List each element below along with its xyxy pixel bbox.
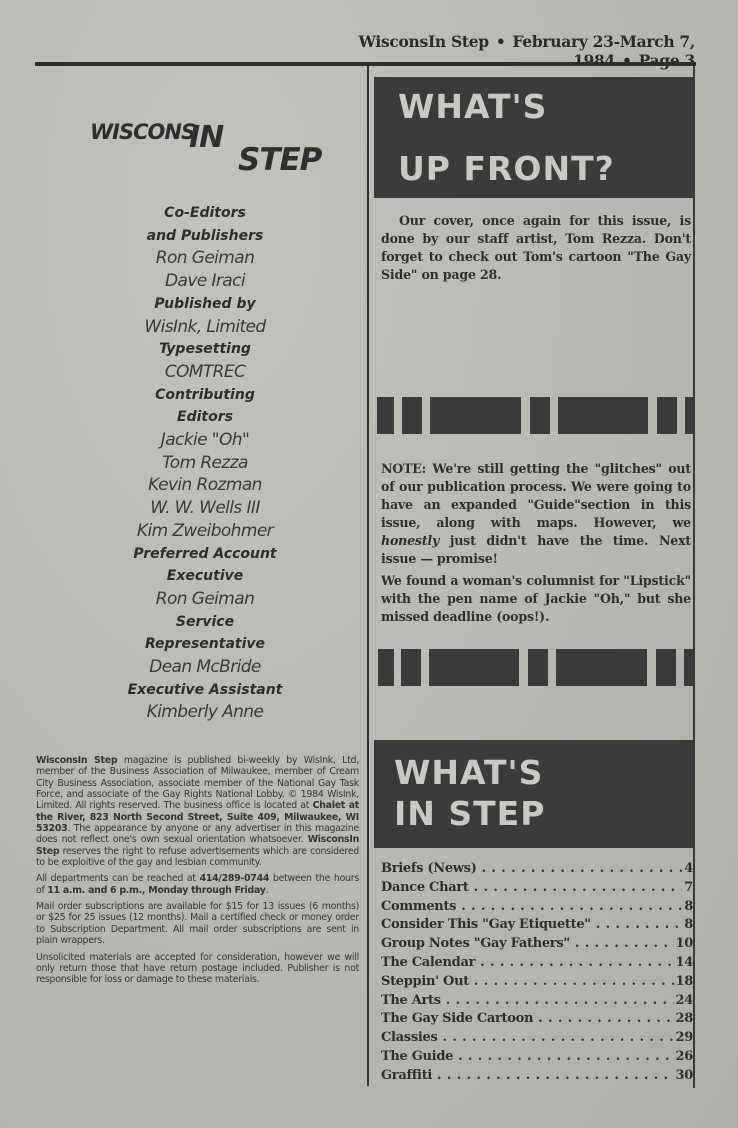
toc-page-number: 24 [676, 992, 694, 1011]
credit-role: Service [80, 611, 330, 634]
whats-in-step-banner: WHAT'S IN STEP [374, 740, 695, 848]
toc-page-number: 10 [676, 935, 694, 954]
bar-block [656, 649, 676, 686]
contact-text: . [266, 885, 269, 896]
toc-entry[interactable]: Briefs (News)4 [381, 860, 693, 879]
credit-name: COMTREC [80, 361, 330, 384]
editors-note: NOTE: We're still getting the "glitches"… [381, 460, 691, 630]
toc-page-number: 29 [676, 1029, 694, 1048]
credit-name: Ron Geiman [80, 588, 330, 611]
credit-role: Executive [80, 565, 330, 588]
pub-text: reserves the right to refuse advertiseme… [36, 846, 359, 868]
toc-title: Consider This "Gay Etiquette" [381, 916, 591, 935]
toc-title: Briefs (News) [381, 860, 477, 879]
note-emphasis: honestly [381, 533, 439, 548]
credit-name: Dean McBride [80, 656, 330, 679]
glitches-note: NOTE: We're still getting the "glitches"… [381, 460, 691, 568]
bar-block [378, 649, 394, 686]
toc-entry[interactable]: Steppin' Out18 [381, 973, 693, 992]
dot-leader [437, 1067, 673, 1086]
logo-step: STEP [238, 142, 321, 178]
cover-note: Our cover, once again for this issue, is… [381, 212, 691, 284]
credit-name: Jackie "Oh" [80, 429, 330, 452]
toc-page-number: 14 [676, 954, 694, 973]
credit-role: Co-Editors [80, 202, 330, 225]
bar-block [685, 397, 695, 434]
credit-name: Kim Zweibohmer [80, 520, 330, 543]
credit-name: Tom Rezza [80, 452, 330, 475]
masthead-logo: WISCONS IN STEP [85, 112, 345, 192]
credit-role: Preferred Account [80, 543, 330, 566]
toc-entry[interactable]: The Arts24 [381, 992, 693, 1011]
toc-title: The Guide [381, 1048, 453, 1067]
toc-page-number: 28 [676, 1010, 694, 1029]
dot-leader [446, 992, 674, 1011]
credit-role: Published by [80, 293, 330, 316]
toc-entry[interactable]: Graffiti30 [381, 1067, 693, 1086]
dot-leader [538, 1010, 673, 1029]
credit-name: Kevin Rozman [80, 474, 330, 497]
staff-credits: Co-Editorsand PublishersRon GeimanDave I… [80, 202, 330, 724]
credit-role: Typesetting [80, 338, 330, 361]
banner-line: IN STEP [394, 794, 695, 834]
bar-block [657, 397, 677, 434]
banner-line: UP FRONT? [398, 149, 695, 189]
bar-block [528, 649, 548, 686]
toc-page-number: 18 [676, 973, 694, 992]
whats-up-front-banner: WHAT'S UP FRONT? [374, 77, 695, 198]
credit-name: Ron Geiman [80, 247, 330, 270]
toc-page-number: 4 [684, 860, 693, 879]
credit-name: Dave Iraci [80, 270, 330, 293]
toc-page-number: 8 [684, 916, 693, 935]
subscription-statement: Mail order subscriptions are available f… [36, 901, 359, 946]
dot-leader [482, 860, 683, 879]
toc-title: Classies [381, 1029, 437, 1048]
credit-name: WisInk, Limited [80, 316, 330, 339]
toc-entry[interactable]: Dance Chart7 [381, 879, 693, 898]
toc-title: The Calendar [381, 954, 475, 973]
toc-entry[interactable]: Group Notes "Gay Fathers"10 [381, 935, 693, 954]
credit-name: W. W. Wells III [80, 497, 330, 520]
bullet-separator: • [496, 32, 506, 51]
toc-page-number: 8 [684, 898, 693, 917]
contact-statement: All departments can be reached at 414/28… [36, 873, 359, 896]
credit-role: Executive Assistant [80, 679, 330, 702]
credit-role: Editors [80, 406, 330, 429]
toc-title: The Gay Side Cartoon [381, 1010, 533, 1029]
bar-block [402, 397, 422, 434]
credit-name: Kimberly Anne [80, 701, 330, 724]
credit-role: and Publishers [80, 225, 330, 248]
banner-line: WHAT'S [398, 87, 695, 127]
credit-role: Contributing [80, 384, 330, 407]
dot-leader [575, 935, 674, 954]
toc-entry[interactable]: Classies29 [381, 1029, 693, 1048]
toc-title: Graffiti [381, 1067, 432, 1086]
toc-page-number: 30 [676, 1067, 694, 1086]
dot-leader [461, 898, 682, 917]
note-text: NOTE: We're still getting the "glitches"… [381, 461, 691, 530]
dot-leader [442, 1029, 673, 1048]
bar-block [558, 397, 648, 434]
publication-info: WisconsIn Step magazine is published bi-… [36, 755, 359, 991]
toc-entry[interactable]: Comments8 [381, 898, 693, 917]
decorative-bar-strip [377, 649, 694, 686]
bar-block [684, 649, 695, 686]
toc-entry[interactable]: The Guide26 [381, 1048, 693, 1067]
toc-title: The Arts [381, 992, 441, 1011]
pub-name: WisconsIn Step [36, 755, 117, 766]
toc-page-number: 7 [684, 879, 693, 898]
bar-block [401, 649, 421, 686]
office-hours: 11 a.m. and 6 p.m., Monday through Frida… [47, 885, 265, 896]
dot-leader [458, 1048, 673, 1067]
toc-entry[interactable]: The Gay Side Cartoon28 [381, 1010, 693, 1029]
logo-in: IN [189, 120, 223, 155]
toc-title: Comments [381, 898, 456, 917]
decorative-bar-strip [377, 397, 694, 434]
toc-title: Steppin' Out [381, 973, 469, 992]
logo-wiscons: WISCONS [90, 120, 195, 144]
page-number: Page 3 [639, 51, 695, 70]
columnist-note: We found a woman's columnist for "Lipsti… [381, 572, 691, 626]
dot-leader [474, 879, 683, 898]
banner-line: WHAT'S [394, 752, 695, 794]
toc-title: Group Notes "Gay Fathers" [381, 935, 570, 954]
bar-block [377, 397, 394, 434]
bar-block [530, 397, 550, 434]
publication-name: WisconsIn Step [359, 32, 489, 51]
dot-leader [474, 973, 674, 992]
right-column-rule [693, 66, 695, 1088]
bullet-separator: • [622, 51, 632, 70]
column-divider [367, 66, 369, 1086]
dot-leader [596, 916, 682, 935]
bar-block [430, 397, 521, 434]
toc-entry[interactable]: Consider This "Gay Etiquette"8 [381, 916, 693, 935]
toc-page-number: 26 [676, 1048, 694, 1067]
table-of-contents: Briefs (News)4Dance Chart7Comments8Consi… [381, 860, 693, 1086]
dot-leader [480, 954, 673, 973]
phone-number: 414/289-0744 [200, 873, 270, 884]
bar-block [429, 649, 519, 686]
toc-entry[interactable]: The Calendar14 [381, 954, 693, 973]
publisher-statement: WisconsIn Step magazine is published bi-… [36, 755, 359, 868]
bar-block [556, 649, 647, 686]
credit-role: Representative [80, 633, 330, 656]
unsolicited-statement: Unsolicited materials are accepted for c… [36, 952, 359, 986]
header-rule [35, 62, 696, 66]
toc-title: Dance Chart [381, 879, 469, 898]
contact-text: All departments can be reached at [36, 873, 200, 884]
